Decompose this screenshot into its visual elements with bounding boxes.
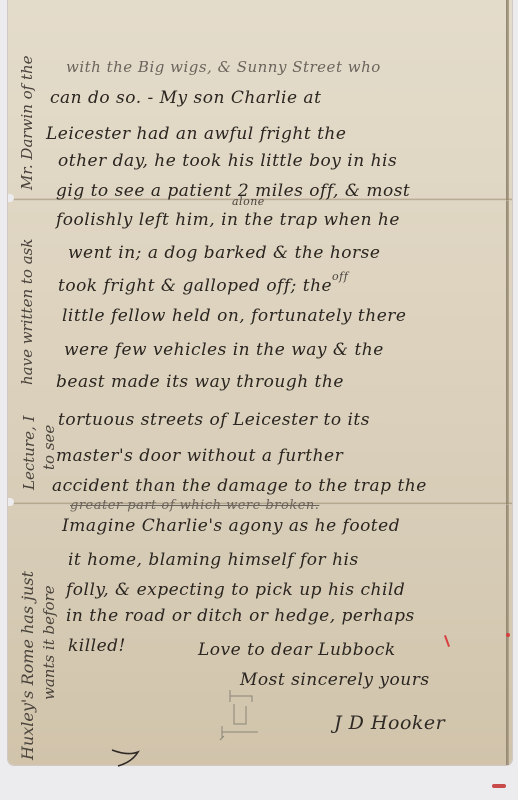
letter-line: it home, blaming himself for his — [68, 550, 359, 570]
letter-line: foolishly left him, in the trap when he — [56, 210, 400, 230]
interlinear-insertion: off — [332, 270, 348, 283]
margin-note: to see — [40, 425, 58, 470]
letter-line: can do so. - My son Charlie at — [50, 88, 321, 108]
margin-note: Mr. Darwin of the — [18, 55, 36, 190]
signature: J D Hooker — [334, 712, 445, 734]
margin-note: Lecture, I — [20, 416, 38, 490]
letter-line: in the road or ditch or hedge, perhaps — [66, 606, 415, 626]
closing-line: Love to dear Lubbock — [198, 640, 396, 660]
closing-line: Most sincerely yours — [240, 670, 430, 690]
letter-line: folly, & expecting to pick up his child — [66, 580, 405, 600]
margin-note: have written to ask — [18, 239, 36, 385]
letter-line: accident than the damage to the trap the — [52, 476, 427, 496]
red-mark — [492, 784, 506, 788]
letter-line: Leicester had an awful fright the — [46, 124, 346, 144]
margin-note: Huxley's Rome has just — [18, 571, 37, 760]
letter-line: went in; a dog barked & the horse — [68, 243, 380, 263]
letter-line: killed! — [68, 636, 126, 656]
margin-note: wants it before — [40, 585, 58, 700]
pen-mark — [110, 748, 140, 770]
letter-line: little fellow held on, fortunately there — [62, 306, 406, 326]
struck-line: greater part of which were broken. — [70, 498, 319, 513]
page-edge — [506, 0, 509, 765]
letter-line: master's door without a further — [56, 446, 343, 466]
pencil-sketch — [218, 688, 268, 746]
letter-line: tortuous streets of Leicester to its — [58, 410, 370, 430]
letter-line: took fright & galloped off; the — [58, 276, 332, 296]
letter-line: with the Big wigs, & Sunny Street who — [66, 58, 381, 76]
letter-line: Imagine Charlie's agony as he footed — [62, 516, 400, 536]
interlinear-insertion: alone — [232, 195, 265, 208]
letter-line: other day, he took his little boy in his — [58, 151, 397, 171]
letter-line: were few vehicles in the way & the — [64, 340, 384, 360]
letter-line: beast made its way through the — [56, 372, 344, 392]
red-mark — [506, 633, 510, 637]
